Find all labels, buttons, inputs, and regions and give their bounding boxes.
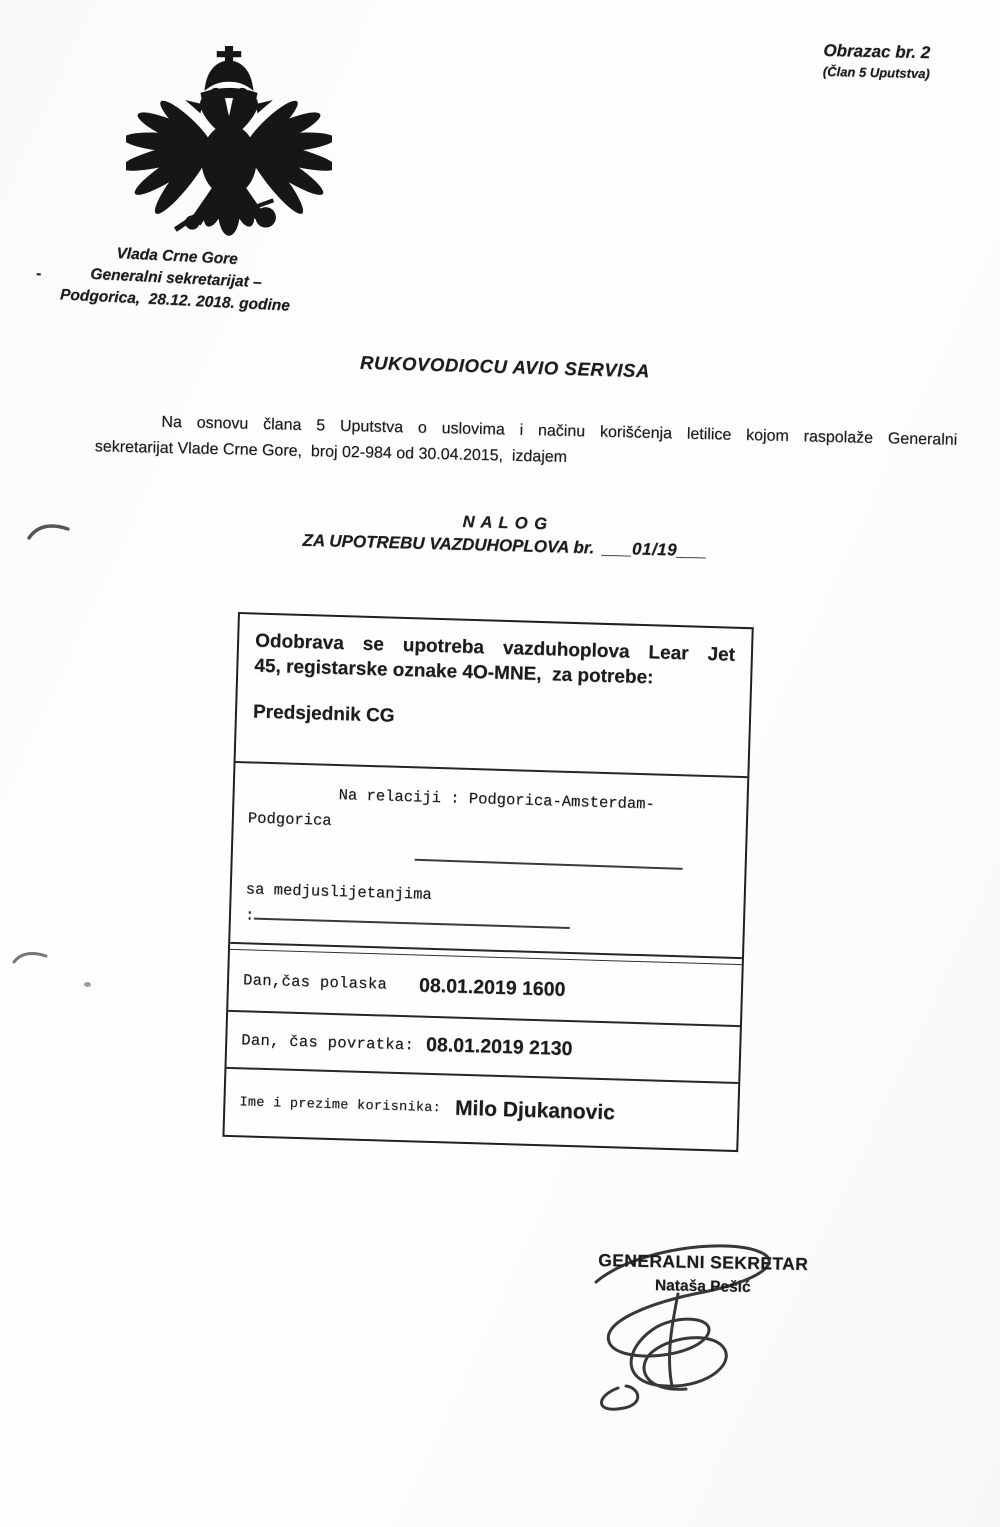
order-subtitle: ZA UPOTREBU VAZDUHOPLOVA br. <box>302 531 594 558</box>
order-number: ___01/19___ <box>602 539 707 561</box>
form-label: Obrazac br. 2 (Član 5 Uputstva) <box>630 37 931 81</box>
approval-row: Odobrava se upotreba vazduhoplova Lear J… <box>236 614 752 776</box>
letterhead-dash: - <box>36 263 42 285</box>
addressee-heading: RUKOVODIOCU AVIO SERVISA <box>0 341 1000 393</box>
order-details-box: Odobrava se upotreba vazduhoplova Lear J… <box>222 612 753 1152</box>
return-value: 08.01.2019 2130 <box>426 1034 573 1061</box>
coat-of-arms-icon <box>126 46 332 250</box>
user-label: Ime i prezime korisnika: <box>239 1095 441 1116</box>
beneficiary: Predsjednik CG <box>253 701 734 740</box>
return-label: Dan, čas povratka: <box>241 1031 414 1054</box>
ink-dot <box>84 982 91 987</box>
route-row: Na relaciji : Podgorica-Amsterdam- Podgo… <box>230 761 747 957</box>
montenegro-eagle-icon <box>126 46 332 250</box>
user-value: Milo Djukanovic <box>455 1097 616 1126</box>
departure-value: 08.01.2019 1600 <box>419 974 566 1001</box>
scanned-document-page: { "colors": { "ink": "#1c1c1c", "paper":… <box>0 0 1000 1527</box>
route-blank-line <box>415 858 683 869</box>
pen-mark-icon <box>12 946 50 973</box>
signature-scribble-icon <box>578 1236 808 1421</box>
form-number: Obrazac br. 2 <box>630 37 930 63</box>
order-heading: N A L O G ZA UPOTREBU VAZDUHOPLOVA br.__… <box>0 501 1000 569</box>
letterhead: - Vlada Crne Gore Generalni sekretarijat… <box>27 239 326 319</box>
pen-mark-icon <box>26 516 72 549</box>
form-note: (Član 5 Uputstva) <box>630 60 930 81</box>
legal-basis-paragraph: Na osnovu člana 5 Uputstva o uslovima i … <box>95 408 958 479</box>
stopovers-colon: : <box>245 906 255 924</box>
user-row: Ime i prezime korisnika: Milo Djukanovic <box>224 1067 738 1150</box>
departure-label: Dan,čas polaska <box>243 972 388 994</box>
